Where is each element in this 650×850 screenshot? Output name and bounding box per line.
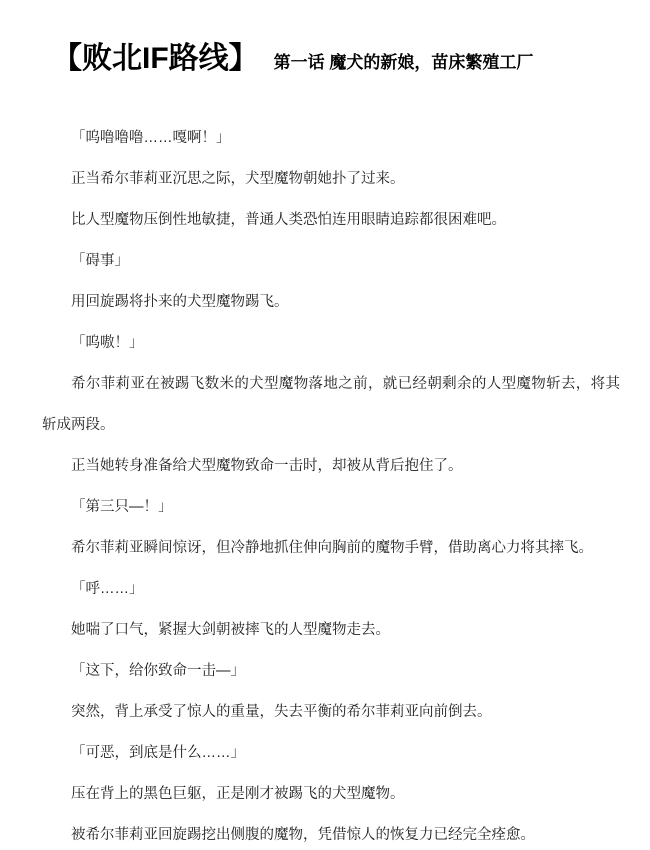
story-paragraph: 比人型魔物压倒性地敏捷，普通人类恐怕连用眼睛追踪都很困难吧。 [42,200,620,241]
story-paragraph: 希尔菲莉亚在被踢飞数米的犬型魔物落地之前，就已经朝剩余的人型魔物斩去，将其斩成两… [42,364,620,446]
story-paragraph: 「碍事」 [42,241,620,282]
story-paragraph: 「第三只—！」 [42,487,620,528]
story-paragraph: 「呜嗷！」 [42,323,620,364]
story-paragraph: 「这下，给你致命一击—」 [42,651,620,692]
story-paragraph: 「可恶，到底是什么……」 [42,733,620,774]
story-paragraph: 被希尔菲莉亚回旋踢挖出侧腹的魔物，凭借惊人的恢复力已经完全痊愈。 [42,815,620,850]
story-paragraph: 用回旋踢将扑来的犬型魔物踢飞。 [42,282,620,323]
story-paragraph: 她喘了口气，紧握大剑朝被摔飞的人型魔物走去。 [42,610,620,651]
chapter-header: 【败北IF路线】 第一话 魔犬的新娘，苗床繁殖工厂 [52,44,630,74]
story-paragraph: 「呼……」 [42,569,620,610]
series-title: 【败北IF路线】 [52,44,259,74]
story-paragraph: 「呜噜噜噜……嘎啊！」 [42,118,620,159]
chapter-title: 第一话 魔犬的新娘，苗床繁殖工厂 [274,54,534,71]
story-paragraph: 正当她转身准备给犬型魔物致命一击时，却被从背后抱住了。 [42,446,620,487]
story-paragraph: 突然，背上承受了惊人的重量，失去平衡的希尔菲莉亚向前倒去。 [42,692,620,733]
novel-chapter-page: 【败北IF路线】 第一话 魔犬的新娘，苗床繁殖工厂 「呜噜噜噜……嘎啊！」 正当… [0,0,650,850]
story-paragraph: 希尔菲莉亚瞬间惊讶，但冷静地抓住伸向胸前的魔物手臂，借助离心力将其摔飞。 [42,528,620,569]
story-body: 「呜噜噜噜……嘎啊！」 正当希尔菲莉亚沉思之际，犬型魔物朝她扑了过来。 比人型魔… [42,118,620,850]
story-paragraph: 正当希尔菲莉亚沉思之际，犬型魔物朝她扑了过来。 [42,159,620,200]
story-paragraph: 压在背上的黑色巨躯，正是刚才被踢飞的犬型魔物。 [42,774,620,815]
